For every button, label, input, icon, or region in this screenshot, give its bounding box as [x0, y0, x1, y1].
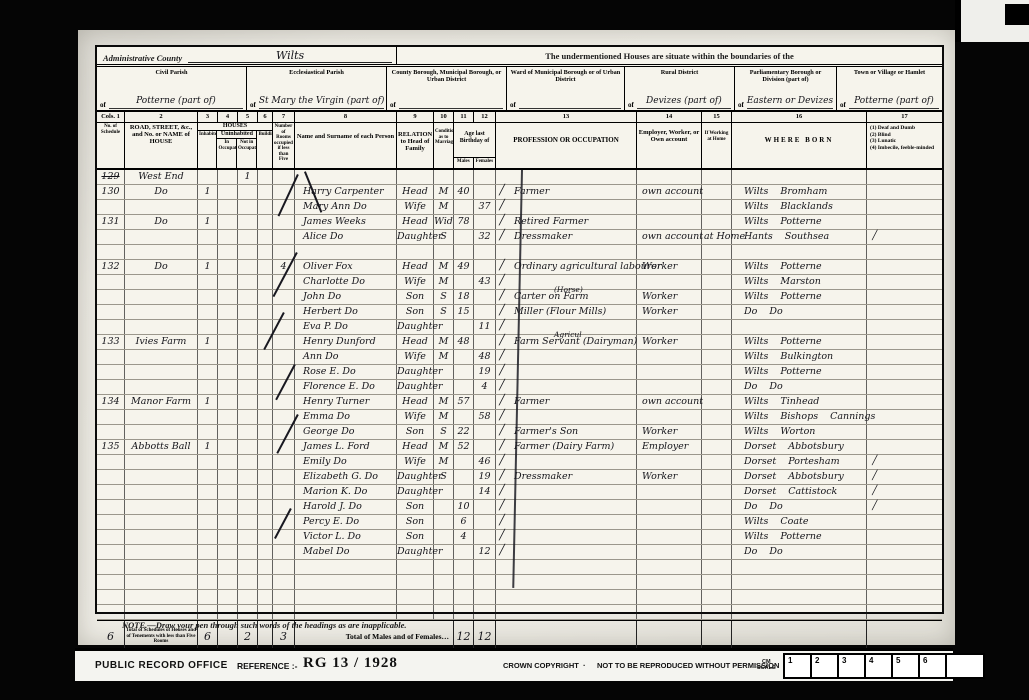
- cell-road: [125, 350, 198, 364]
- enumerator-tick-mark: ╱: [499, 515, 505, 526]
- cell-born: Do Do: [732, 500, 867, 514]
- enumerator-tick-mark: ╱: [499, 380, 505, 391]
- column-number: 10: [434, 112, 454, 122]
- cell-bldg: [258, 215, 273, 229]
- cell-age_f: [474, 605, 496, 619]
- header-not-in-occupation: Not in Occupation: [237, 139, 256, 168]
- column-number: 6: [258, 112, 273, 122]
- cell-born: Dorset Portesham: [732, 455, 867, 469]
- scanned-page: Page 18 Administrative County Wilts The …: [78, 30, 955, 645]
- cell-u_not: [238, 395, 258, 409]
- cell-u_occ: [218, 455, 238, 469]
- cell-cond: [434, 560, 454, 574]
- cell-emp: [637, 575, 702, 589]
- cell-home: [702, 515, 732, 529]
- cell-occ: ╱: [496, 500, 637, 514]
- enumerator-tick-mark: ╱: [499, 365, 505, 376]
- cell-sched: [97, 410, 125, 424]
- cell-road: Do: [125, 215, 198, 229]
- cell-age_m: 4: [454, 530, 474, 544]
- header-females: Females: [474, 158, 495, 168]
- cell-name: Oliver Fox: [295, 260, 397, 274]
- table-row: Eva P. DoDaughter11╱: [97, 320, 942, 335]
- table-row: Emily DoWifeM46╱Dorset Portesham╱: [97, 455, 942, 470]
- column-number: 3: [198, 112, 218, 122]
- cell-u_occ: [218, 350, 238, 364]
- header-age-group: Age last Birthday of Males Females: [454, 123, 496, 168]
- area-cell-ecclesiastical-parish: Ecclesiastical Parish ofSt Mary the Virg…: [247, 67, 387, 110]
- header-employer: Employer, Worker, or Own account: [637, 123, 702, 168]
- cell-born: Dorset Abbotsbury: [732, 440, 867, 454]
- header-where-born: WHERE BORN: [732, 123, 867, 168]
- cell-occ: ╱: [496, 455, 637, 469]
- enumerator-tick-mark: ╱: [499, 470, 505, 481]
- cell-inh: [198, 425, 218, 439]
- cell-age_f: 32: [474, 230, 496, 244]
- cell-home: [702, 245, 732, 259]
- cell-road: Abbotts Ball: [125, 440, 198, 454]
- cell-born: [732, 320, 867, 334]
- scale-box: 2: [810, 653, 837, 679]
- cell-emp: [637, 590, 702, 604]
- cell-inh: 1: [198, 260, 218, 274]
- cell-born: Dorset Cattistock: [732, 485, 867, 499]
- cell-rel: Daughter: [397, 380, 434, 394]
- cell-u_occ: [218, 590, 238, 604]
- cell-emp: [637, 200, 702, 214]
- cell-sched: [97, 500, 125, 514]
- area-header-row: Civil Parish ofPotterne (part of) Eccles…: [97, 67, 942, 112]
- cell-infirm: [867, 410, 942, 424]
- cell-age_m: 18: [454, 290, 474, 304]
- cell-inh: 1: [198, 395, 218, 409]
- cell-age_f: 14: [474, 485, 496, 499]
- cell-road: [125, 560, 198, 574]
- cell-emp: [637, 275, 702, 289]
- cell-home: [702, 530, 732, 544]
- cell-age_m: [454, 485, 474, 499]
- cell-inh: [198, 305, 218, 319]
- cell-home: [702, 320, 732, 334]
- cell-emp: own account: [637, 185, 702, 199]
- cell-cond: [434, 590, 454, 604]
- cell-u_occ: [218, 365, 238, 379]
- cell-cond: S: [434, 290, 454, 304]
- header-uninhabited-group: Uninhabited In Occupation Not in Occupat…: [217, 131, 257, 168]
- cell-rooms: [273, 455, 295, 469]
- cell-age_m: [454, 170, 474, 184]
- cell-age_f: 19: [474, 470, 496, 484]
- cell-infirm: [867, 560, 942, 574]
- cell-infirm: [867, 305, 942, 319]
- cell-u_not: 1: [238, 170, 258, 184]
- table-row: Percy E. DoSon6╱Wilts Coate: [97, 515, 942, 530]
- scale-box-empty: [945, 653, 985, 679]
- cell-road: [125, 380, 198, 394]
- cell-inh: [198, 170, 218, 184]
- cell-u_occ: [218, 200, 238, 214]
- cell-rooms: [273, 170, 295, 184]
- cell-born: Wilts Marston: [732, 275, 867, 289]
- cell-name: [295, 590, 397, 604]
- cell-age_f: 48: [474, 350, 496, 364]
- cell-occ: ╱: [496, 530, 637, 544]
- cell-occ: ╱: [496, 515, 637, 529]
- enumerator-tick-mark: ╱: [499, 410, 505, 421]
- cell-cond: M: [434, 350, 454, 364]
- enumerator-tick-mark: ╱: [499, 275, 505, 286]
- cell-infirm: ╱: [867, 470, 942, 484]
- header-at-home: If Working at Home: [702, 123, 732, 168]
- header-males: Males: [454, 158, 474, 168]
- cell-road: Manor Farm: [125, 395, 198, 409]
- cell-sched: [97, 245, 125, 259]
- check-tick-mark: ╱: [872, 455, 877, 466]
- cell-born: Dorset Abbotsbury: [732, 470, 867, 484]
- cell-emp: [637, 380, 702, 394]
- cell-sched: [97, 470, 125, 484]
- column-number: 16: [732, 112, 867, 122]
- cell-u_occ: [218, 605, 238, 619]
- table-row: Victor L. DoSon4╱Wilts Potterne: [97, 530, 942, 545]
- enumerator-tick-mark: ╱: [499, 305, 505, 316]
- cell-home: [702, 590, 732, 604]
- cell-name: Ann Do: [295, 350, 397, 364]
- cell-road: [125, 320, 198, 334]
- cell-inh: [198, 380, 218, 394]
- cell-road: [125, 200, 198, 214]
- header-inhabited: Inhabited: [198, 131, 217, 168]
- cell-age_f: [474, 500, 496, 514]
- column-number: 12: [474, 112, 496, 122]
- cell-rel: Daughter: [397, 230, 434, 244]
- cell-age_f: [474, 425, 496, 439]
- cell-age_m: [454, 200, 474, 214]
- cell-emp: [637, 320, 702, 334]
- cell-u_occ: [218, 305, 238, 319]
- cell-u_occ: [218, 290, 238, 304]
- cell-home: [702, 170, 732, 184]
- cell-age_f: [474, 290, 496, 304]
- cell-age_f: 4: [474, 380, 496, 394]
- table-row: 133Ivies Farm1Henry DunfordHeadM48╱Agric…: [97, 335, 942, 350]
- cell-u_occ: [218, 170, 238, 184]
- cell-infirm: [867, 290, 942, 304]
- footer-separator-dot: ·: [583, 661, 586, 670]
- cell-born: Wilts Potterne: [732, 260, 867, 274]
- cell-sched: [97, 605, 125, 619]
- cell-inh: [198, 560, 218, 574]
- cell-u_not: [238, 530, 258, 544]
- cell-name: Percy E. Do: [295, 515, 397, 529]
- table-row: [97, 590, 942, 605]
- cell-bldg: [258, 260, 273, 274]
- cell-road: [125, 470, 198, 484]
- cell-u_occ: [218, 560, 238, 574]
- cell-home: [702, 260, 732, 274]
- cell-u_not: [238, 575, 258, 589]
- cell-infirm: [867, 380, 942, 394]
- census-form: Administrative County Wilts The undermen…: [95, 45, 944, 614]
- cell-age_m: [454, 470, 474, 484]
- cell-age_f: [474, 335, 496, 349]
- cell-rel: Head: [397, 335, 434, 349]
- cell-emp: [637, 215, 702, 229]
- cell-born: [732, 590, 867, 604]
- cell-born: Do Do: [732, 380, 867, 394]
- enumerator-tick-mark: ╱: [499, 455, 505, 466]
- cell-inh: [198, 485, 218, 499]
- cell-u_occ: [218, 245, 238, 259]
- cell-occ: ╱Retired Farmer: [496, 215, 637, 229]
- cell-bldg: [258, 500, 273, 514]
- cell-infirm: [867, 350, 942, 364]
- cell-u_not: [238, 320, 258, 334]
- cell-u_not: [238, 305, 258, 319]
- cell-age_f: [474, 560, 496, 574]
- cell-cond: M: [434, 275, 454, 289]
- cell-age_f: [474, 515, 496, 529]
- column-number: Cols. 1: [97, 112, 125, 122]
- cell-infirm: [867, 215, 942, 229]
- cell-road: [125, 575, 198, 589]
- cell-age_m: [454, 455, 474, 469]
- column-number: 17: [867, 112, 942, 122]
- cell-inh: [198, 230, 218, 244]
- cell-bldg: [258, 530, 273, 544]
- table-row: George DoSonS22╱Farmer's SonWorkerWilts …: [97, 425, 942, 440]
- cell-sched: [97, 575, 125, 589]
- cell-cond: [434, 245, 454, 259]
- cell-cond: [434, 500, 454, 514]
- cell-u_not: [238, 425, 258, 439]
- cell-home: [702, 605, 732, 619]
- enumerator-tick-mark: ╱: [499, 485, 505, 496]
- cell-occ: ╱Farmer: [496, 185, 637, 199]
- cell-rooms: [273, 485, 295, 499]
- cell-infirm: [867, 545, 942, 559]
- column-number: 8: [295, 112, 397, 122]
- cell-road: [125, 605, 198, 619]
- enumerator-tick-mark: ╱: [499, 215, 505, 226]
- cell-name: Rose E. Do: [295, 365, 397, 379]
- column-number: 11: [454, 112, 474, 122]
- cell-road: Do: [125, 185, 198, 199]
- cell-road: Ivies Farm: [125, 335, 198, 349]
- cell-age_m: [454, 230, 474, 244]
- cell-emp: Worker: [637, 425, 702, 439]
- cell-age_m: [454, 605, 474, 619]
- cell-born: Do Do: [732, 305, 867, 319]
- cell-cond: [434, 575, 454, 589]
- cell-sched: [97, 380, 125, 394]
- cell-rel: Wife: [397, 275, 434, 289]
- area-cell-rural-district: Rural District ofDevizes (part of): [625, 67, 735, 110]
- cell-infirm: ╱: [867, 230, 942, 244]
- cell-age_m: [454, 245, 474, 259]
- cell-age_f: [474, 185, 496, 199]
- cell-home: at Home: [702, 230, 732, 244]
- cell-rel: [397, 605, 434, 619]
- cell-inh: [198, 500, 218, 514]
- cell-u_not: [238, 200, 258, 214]
- cell-home: [702, 410, 732, 424]
- cell-inh: 1: [198, 440, 218, 454]
- cell-rel: Son: [397, 305, 434, 319]
- cell-cond: M: [434, 455, 454, 469]
- cell-u_not: [238, 560, 258, 574]
- cell-rel: Daughter: [397, 320, 434, 334]
- cell-rooms: [273, 245, 295, 259]
- cell-rel: [397, 170, 434, 184]
- cell-born: [732, 605, 867, 619]
- cell-name: Eva P. Do: [295, 320, 397, 334]
- cell-bldg: [258, 470, 273, 484]
- header-relation: RELATION to Head of Family: [397, 123, 434, 168]
- cell-occ: ╱: [496, 200, 637, 214]
- cell-inh: [198, 320, 218, 334]
- cell-rooms: [273, 500, 295, 514]
- column-number: 7: [273, 112, 295, 122]
- cell-age_f: [474, 215, 496, 229]
- cell-infirm: [867, 170, 942, 184]
- enumerator-tick-mark: ╱: [499, 185, 505, 196]
- cell-name: Marion K. Do: [295, 485, 397, 499]
- cell-cond: M: [434, 410, 454, 424]
- cell-cond: M: [434, 395, 454, 409]
- cell-occ: [496, 560, 637, 574]
- cell-emp: [637, 530, 702, 544]
- cell-rooms: [273, 350, 295, 364]
- cell-age_m: 49: [454, 260, 474, 274]
- cell-u_occ: [218, 545, 238, 559]
- cell-inh: [198, 470, 218, 484]
- cell-occ: [496, 590, 637, 604]
- cell-u_occ: [218, 275, 238, 289]
- cell-rel: Wife: [397, 200, 434, 214]
- cell-u_occ: [218, 260, 238, 274]
- cell-born: [732, 245, 867, 259]
- cell-emp: [637, 500, 702, 514]
- header-in-occupation: In Occupation: [217, 139, 237, 168]
- cell-emp: [637, 545, 702, 559]
- cell-bldg: [258, 350, 273, 364]
- cell-emp: Worker: [637, 305, 702, 319]
- cell-rel: Wife: [397, 410, 434, 424]
- cell-rooms: [273, 560, 295, 574]
- cell-rooms: [273, 335, 295, 349]
- cell-name: [295, 560, 397, 574]
- cell-u_not: [238, 500, 258, 514]
- cell-u_not: [238, 260, 258, 274]
- cell-home: [702, 500, 732, 514]
- cell-age_m: [454, 545, 474, 559]
- cell-rel: Daughter: [397, 485, 434, 499]
- cell-name: Victor L. Do: [295, 530, 397, 544]
- cell-born: Wilts Bromham: [732, 185, 867, 199]
- cell-u_occ: [218, 485, 238, 499]
- cell-u_occ: [218, 230, 238, 244]
- cell-emp: [637, 605, 702, 619]
- cell-age_f: 12: [474, 545, 496, 559]
- cell-born: Hants Southsea: [732, 230, 867, 244]
- cell-road: West End: [125, 170, 198, 184]
- cell-occ: ╱: [496, 485, 637, 499]
- cell-sched: [97, 305, 125, 319]
- cell-infirm: [867, 320, 942, 334]
- cell-cond: S: [434, 425, 454, 439]
- cell-infirm: [867, 440, 942, 454]
- cell-sched: 131: [97, 215, 125, 229]
- cell-age_m: [454, 410, 474, 424]
- cell-name: James Weeks: [295, 215, 397, 229]
- cell-road: [125, 410, 198, 424]
- cell-name: Charlotte Do: [295, 275, 397, 289]
- cell-born: Wilts Blacklands: [732, 200, 867, 214]
- cell-infirm: ╱: [867, 485, 942, 499]
- enumerator-tick-mark: ╱: [499, 545, 505, 556]
- cell-occ: ╱Ordinary agricultural labourer: [496, 260, 637, 274]
- cell-road: [125, 365, 198, 379]
- cell-u_not: [238, 545, 258, 559]
- cell-u_not: [238, 350, 258, 364]
- header-infirmities: (1) Deaf and Dumb(2) Blind(3) Lunatic(4)…: [867, 123, 942, 168]
- header-condition: Condition as to Marriage: [434, 123, 454, 168]
- table-row: Florence E. DoDaughter4╱Do Do: [97, 380, 942, 395]
- header-rooms: Number of Rooms occupied if less than Fi…: [273, 123, 295, 168]
- cell-emp: [637, 245, 702, 259]
- cell-rel: Son: [397, 515, 434, 529]
- cell-bldg: [258, 425, 273, 439]
- cell-age_m: 78: [454, 215, 474, 229]
- cell-home: [702, 350, 732, 364]
- cell-inh: [198, 530, 218, 544]
- cell-name: Emma Do: [295, 410, 397, 424]
- cell-emp: Worker: [637, 290, 702, 304]
- cell-cond: M: [434, 260, 454, 274]
- cell-sched: [97, 275, 125, 289]
- area-cell-ward: Ward of Municipal Borough or of Urban Di…: [507, 67, 625, 110]
- cell-home: [702, 380, 732, 394]
- footer-reference-label: REFERENCE :-: [237, 661, 297, 671]
- cell-u_not: [238, 410, 258, 424]
- cell-bldg: [258, 185, 273, 199]
- cell-emp: [637, 515, 702, 529]
- cell-cond: [434, 605, 454, 619]
- footer-office: PUBLIC RECORD OFFICE: [95, 660, 228, 671]
- cell-age_m: [454, 350, 474, 364]
- note-text: NOTE.—Draw your pen through such words o…: [98, 618, 942, 634]
- cell-cond: Wid: [434, 215, 454, 229]
- cell-name: Alice Do: [295, 230, 397, 244]
- enumerator-tick-mark: ╱: [499, 440, 505, 451]
- cell-age_m: 52: [454, 440, 474, 454]
- cell-bldg: [258, 410, 273, 424]
- cell-sched: 130: [97, 185, 125, 199]
- cell-u_not: [238, 485, 258, 499]
- cell-age_m: [454, 275, 474, 289]
- cell-u_not: [238, 365, 258, 379]
- table-row: [97, 575, 942, 590]
- cell-cond: S: [434, 305, 454, 319]
- cell-sched: [97, 545, 125, 559]
- cell-bldg: [258, 545, 273, 559]
- cell-age_f: 11: [474, 320, 496, 334]
- cell-cond: [434, 170, 454, 184]
- cell-road: [125, 515, 198, 529]
- cell-age_m: 15: [454, 305, 474, 319]
- cell-infirm: [867, 335, 942, 349]
